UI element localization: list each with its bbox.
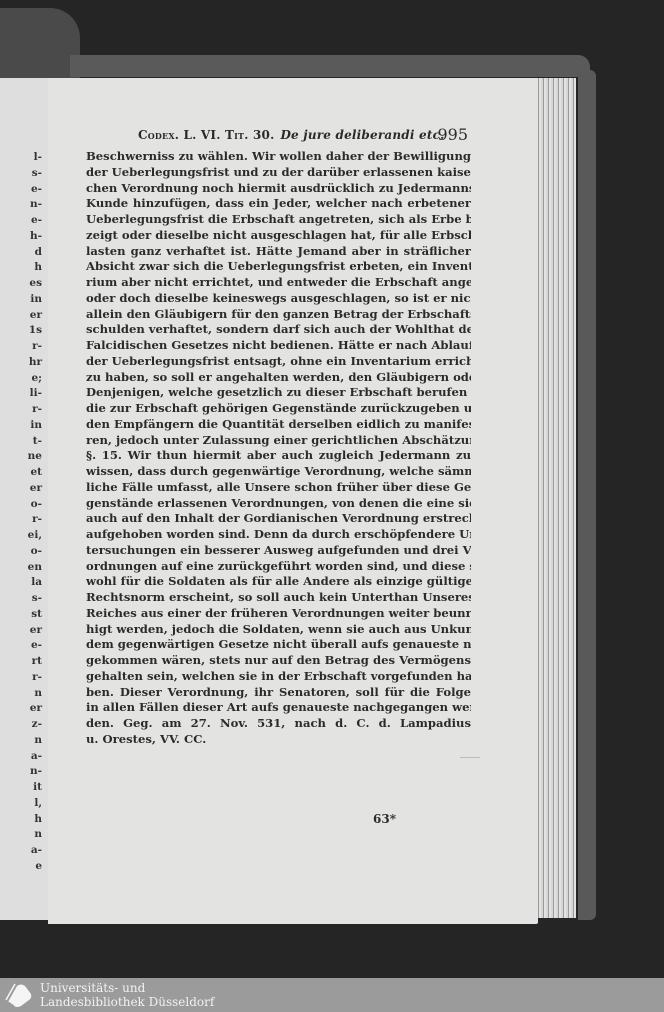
- facing-page-fragment: s-: [32, 591, 42, 607]
- facing-page-fragment: e: [35, 859, 42, 875]
- library-name-line2: Landesbibliothek Düsseldorf: [40, 995, 214, 1009]
- text-line: Reiches aus einer der früheren Verordnun…: [86, 606, 471, 622]
- codex-reference: Codex. L. VI. Tit. 30.: [138, 128, 274, 142]
- facing-page-fragment: es: [29, 276, 42, 292]
- text-line: wohl für die Soldaten als für alle Ander…: [86, 574, 471, 590]
- facing-page-fragment: ei,: [28, 528, 42, 544]
- facing-page-fragment: hr: [29, 355, 42, 371]
- text-line: Falcidischen Gesetzes nicht bedienen. Hä…: [86, 338, 471, 354]
- facing-page-fragment: 1s: [29, 323, 42, 339]
- facing-page-fragment: s-: [32, 166, 42, 182]
- text-line: aufgehoben worden sind. Denn da durch er…: [86, 527, 471, 543]
- text-line: oder doch dieselbe keineswegs ausgeschla…: [86, 291, 471, 307]
- text-line: rium aber nicht errichtet, und entweder …: [86, 275, 471, 291]
- text-line: u. Orestes, VV. CC.: [86, 732, 471, 748]
- library-name-line1: Universitäts- und: [40, 981, 214, 995]
- facing-page-fragment: t-: [33, 434, 42, 450]
- facing-page-fragment: n-: [30, 764, 42, 780]
- facing-page-left: l-s-e-n-e-h-dhesiner1sr-hre;li-r-int-nee…: [0, 78, 49, 920]
- text-line: der Ueberlegungsfrist entsagt, ohne ein …: [86, 354, 471, 370]
- text-line: lasten ganz verhaftet ist. Hätte Jemand …: [86, 244, 471, 260]
- facing-page-fragment: in: [30, 292, 42, 308]
- facing-page-fragment: ne: [28, 449, 42, 465]
- facing-page-fragment: la: [31, 575, 42, 591]
- text-line: §. 15. Wir thun hiermit aber auch zuglei…: [86, 448, 471, 464]
- text-line: gekommen wären, stets nur auf den Betrag…: [86, 653, 471, 669]
- text-line: wissen, dass durch gegenwärtige Verordnu…: [86, 464, 471, 480]
- facing-page-fragment: e;: [31, 371, 42, 387]
- facing-page-fragment: er: [30, 481, 42, 497]
- text-line: allein den Gläubigern für den ganzen Bet…: [86, 307, 471, 323]
- facing-page-fragment: r-: [32, 339, 42, 355]
- facing-page-fragment: z-: [32, 717, 42, 733]
- page-edges: [536, 78, 576, 918]
- facing-page-fragment: rt: [32, 654, 42, 670]
- facing-page-fragment: in: [30, 418, 42, 434]
- text-line: zu haben, so soll er angehalten werden, …: [86, 370, 471, 386]
- text-line: den. Geg. am 27. Nov. 531, nach d. C. d.…: [86, 716, 471, 732]
- facing-page-fragment: en: [28, 560, 42, 576]
- text-line: Absicht zwar sich die Ueberlegungsfrist …: [86, 259, 471, 275]
- facing-page-fragment: n: [34, 827, 42, 843]
- facing-page-fragment: o-: [31, 497, 42, 513]
- text-line: Ueberlegungsfrist die Erbschaft angetret…: [86, 212, 471, 228]
- running-head-left: Codex. L. VI. Tit. 30.De jure deliberand…: [138, 128, 444, 142]
- text-line: Denjenigen, welche gesetzlich zu dieser …: [86, 385, 471, 401]
- book-cover-top: [70, 55, 590, 77]
- facing-page-fragment: n-: [30, 197, 42, 213]
- text-line: dem gegenwärtigen Gesetze nicht überall …: [86, 637, 471, 653]
- facing-page-fragment: st: [31, 607, 42, 623]
- text-line: chen Verordnung noch hiermit ausdrücklic…: [86, 181, 471, 197]
- running-head: Codex. L. VI. Tit. 30.De jure deliberand…: [80, 128, 468, 146]
- facing-page-fragment: a-: [31, 749, 42, 765]
- body-text: Beschwerniss zu wählen. Wir wollen daher…: [86, 149, 471, 748]
- text-line: auch auf den Inhalt der Gordianischen Ve…: [86, 511, 471, 527]
- facing-page-fragment: h-: [30, 229, 42, 245]
- text-line: Rechtsnorm erscheint, so soll auch kein …: [86, 590, 471, 606]
- text-line: tersuchungen ein besserer Ausweg aufgefu…: [86, 543, 471, 559]
- text-line: der Ueberlegungsfrist und zu der darüber…: [86, 165, 471, 181]
- library-name: Universitäts- und Landesbibliothek Düsse…: [40, 981, 214, 1009]
- facing-page-fragment: er: [30, 701, 42, 717]
- facing-page-fragment: o-: [31, 544, 42, 560]
- facing-page-fragment: n: [34, 733, 42, 749]
- text-line: zeigt oder dieselbe nicht ausgeschlagen …: [86, 228, 471, 244]
- book-icon: [5, 982, 33, 1008]
- library-footer: Universitäts- und Landesbibliothek Düsse…: [0, 978, 664, 1012]
- facing-page-fragment: a-: [31, 843, 42, 859]
- facing-page-fragment: r-: [32, 512, 42, 528]
- facing-page-fragment: e-: [31, 182, 42, 198]
- text-line: ben. Dieser Verordnung, ihr Senatoren, s…: [86, 685, 471, 701]
- running-head-title: De jure deliberandi etc.: [280, 128, 444, 142]
- text-line: Beschwerniss zu wählen. Wir wollen daher…: [86, 149, 471, 165]
- text-line: die zur Erbschaft gehörigen Gegenstände …: [86, 401, 471, 417]
- facing-page-fragment: er: [30, 623, 42, 639]
- text-line: ordnungen auf eine zurückgeführt worden …: [86, 559, 471, 575]
- facing-page-fragment: h: [34, 260, 42, 276]
- text-line: Kunde hinzufügen, dass ein Jeder, welche…: [86, 196, 471, 212]
- facing-page-fragment: l,: [34, 796, 42, 812]
- text-line: liche Fälle umfasst, alle Unsere schon f…: [86, 480, 471, 496]
- signature-mark: 63*: [373, 812, 396, 826]
- text-line: genstände erlassenen Verordnungen, von d…: [86, 496, 471, 512]
- text-line: in allen Fällen dieser Art aufs genauest…: [86, 700, 471, 716]
- facing-page-fragment: h: [34, 812, 42, 828]
- text-line: gehalten sein, welchen sie in der Erbsch…: [86, 669, 471, 685]
- text-line: schulden verhaftet, sondern darf sich au…: [86, 322, 471, 338]
- facing-page-fragment: li-: [30, 386, 42, 402]
- facing-page-fragment: d: [35, 245, 42, 261]
- facing-page-fragment: er: [30, 308, 42, 324]
- facing-page-fragment: l-: [34, 150, 42, 166]
- page-number: 995: [437, 125, 468, 144]
- book-cover-right: [578, 70, 596, 920]
- facing-page-fragment: e-: [31, 213, 42, 229]
- book-cover-left: [0, 8, 80, 78]
- facing-page-fragment: it: [33, 780, 42, 796]
- facing-page-fragment: r-: [32, 670, 42, 686]
- facing-page-fragment: n: [34, 686, 42, 702]
- facing-page-fragment: e-: [31, 638, 42, 654]
- text-line: ren, jedoch unter Zulassung einer gerich…: [86, 433, 471, 449]
- scan-image: l-s-e-n-e-h-dhesiner1sr-hre;li-r-int-nee…: [0, 0, 664, 978]
- show-through-rule: [460, 757, 480, 758]
- facing-page-fragment: r-: [32, 402, 42, 418]
- text-line: den Empfängern die Quantität derselben e…: [86, 417, 471, 433]
- text-line: higt werden, jedoch die Soldaten, wenn s…: [86, 622, 471, 638]
- facing-page-fragment: et: [30, 465, 42, 481]
